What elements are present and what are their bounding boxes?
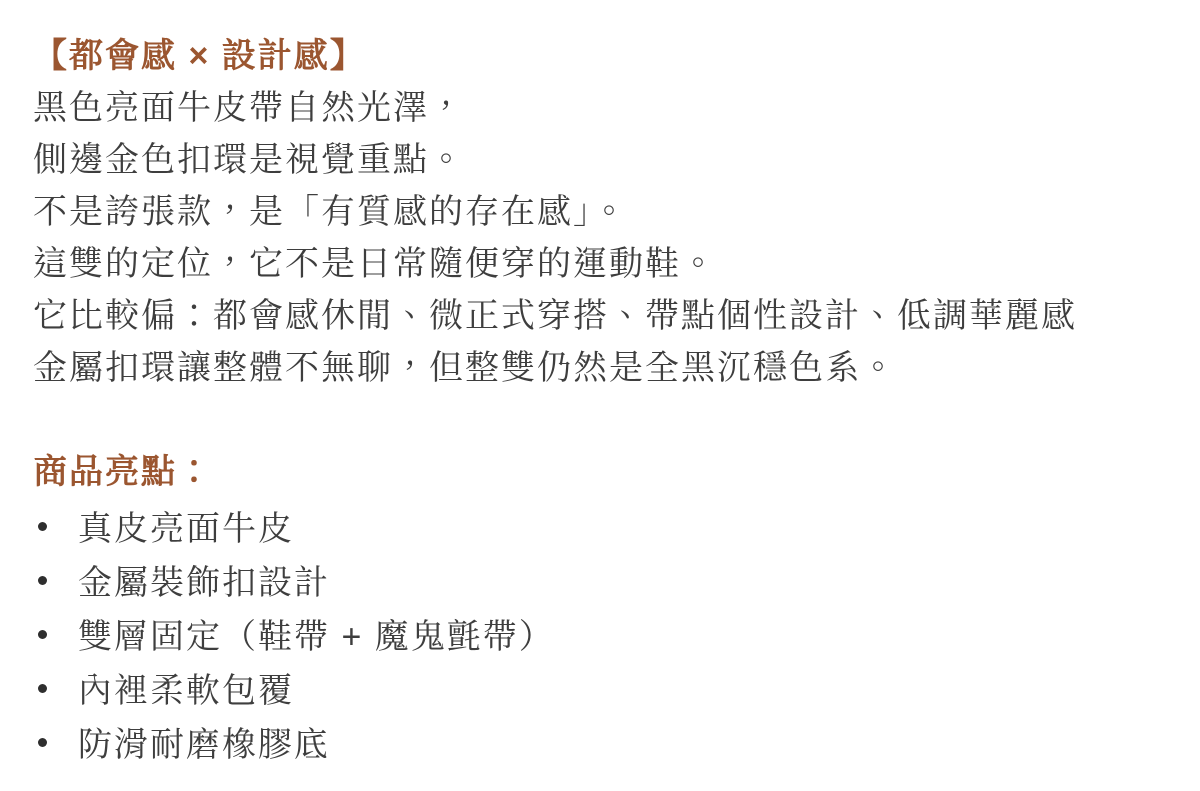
bullet-icon — [38, 630, 47, 639]
list-item-text: 防滑耐磨橡膠底 — [78, 717, 330, 766]
list-item: 雙層固定（鞋帶 + 魔鬼氈帶） — [33, 606, 1160, 660]
bullet-icon — [38, 684, 47, 693]
list-item-text: 內裡柔軟包覆 — [78, 663, 294, 712]
highlights-heading: 商品亮點： — [33, 446, 1160, 498]
list-item: 防滑耐磨橡膠底 — [33, 714, 1160, 768]
style-heading: 【都會感 × 設計感】 — [33, 30, 1160, 82]
bullet-icon — [38, 522, 47, 531]
product-description-section: 【都會感 × 設計感】 黑色亮面牛皮帶自然光澤， 側邊金色扣環是視覺重點。 不是… — [0, 0, 1200, 791]
description-line-3: 不是誇張款，是「有質感的存在感」。 — [33, 186, 1160, 238]
list-item-text: 真皮亮面牛皮 — [78, 501, 294, 550]
list-item: 真皮亮面牛皮 — [33, 498, 1160, 552]
bullet-icon — [38, 738, 47, 747]
description-line-6: 金屬扣環讓整體不無聊，但整雙仍然是全黑沉穩色系。 — [33, 342, 1160, 394]
list-item: 金屬裝飾扣設計 — [33, 552, 1160, 606]
list-item-text: 雙層固定（鞋帶 + 魔鬼氈帶） — [78, 609, 555, 658]
list-item-text: 金屬裝飾扣設計 — [78, 555, 330, 604]
description-line-5: 它比較偏：都會感休閒、微正式穿搭、帶點個性設計、低調華麗感 — [33, 290, 1160, 342]
description-line-1: 黑色亮面牛皮帶自然光澤， — [33, 82, 1160, 134]
list-item: 內裡柔軟包覆 — [33, 660, 1160, 714]
blank-line-spacer — [33, 394, 1160, 446]
highlights-list: 真皮亮面牛皮 金屬裝飾扣設計 雙層固定（鞋帶 + 魔鬼氈帶） 內裡柔軟包覆 防滑… — [33, 498, 1160, 768]
description-line-4: 這雙的定位，它不是日常隨便穿的運動鞋。 — [33, 238, 1160, 290]
description-line-2: 側邊金色扣環是視覺重點。 — [33, 134, 1160, 186]
bullet-icon — [38, 576, 47, 585]
